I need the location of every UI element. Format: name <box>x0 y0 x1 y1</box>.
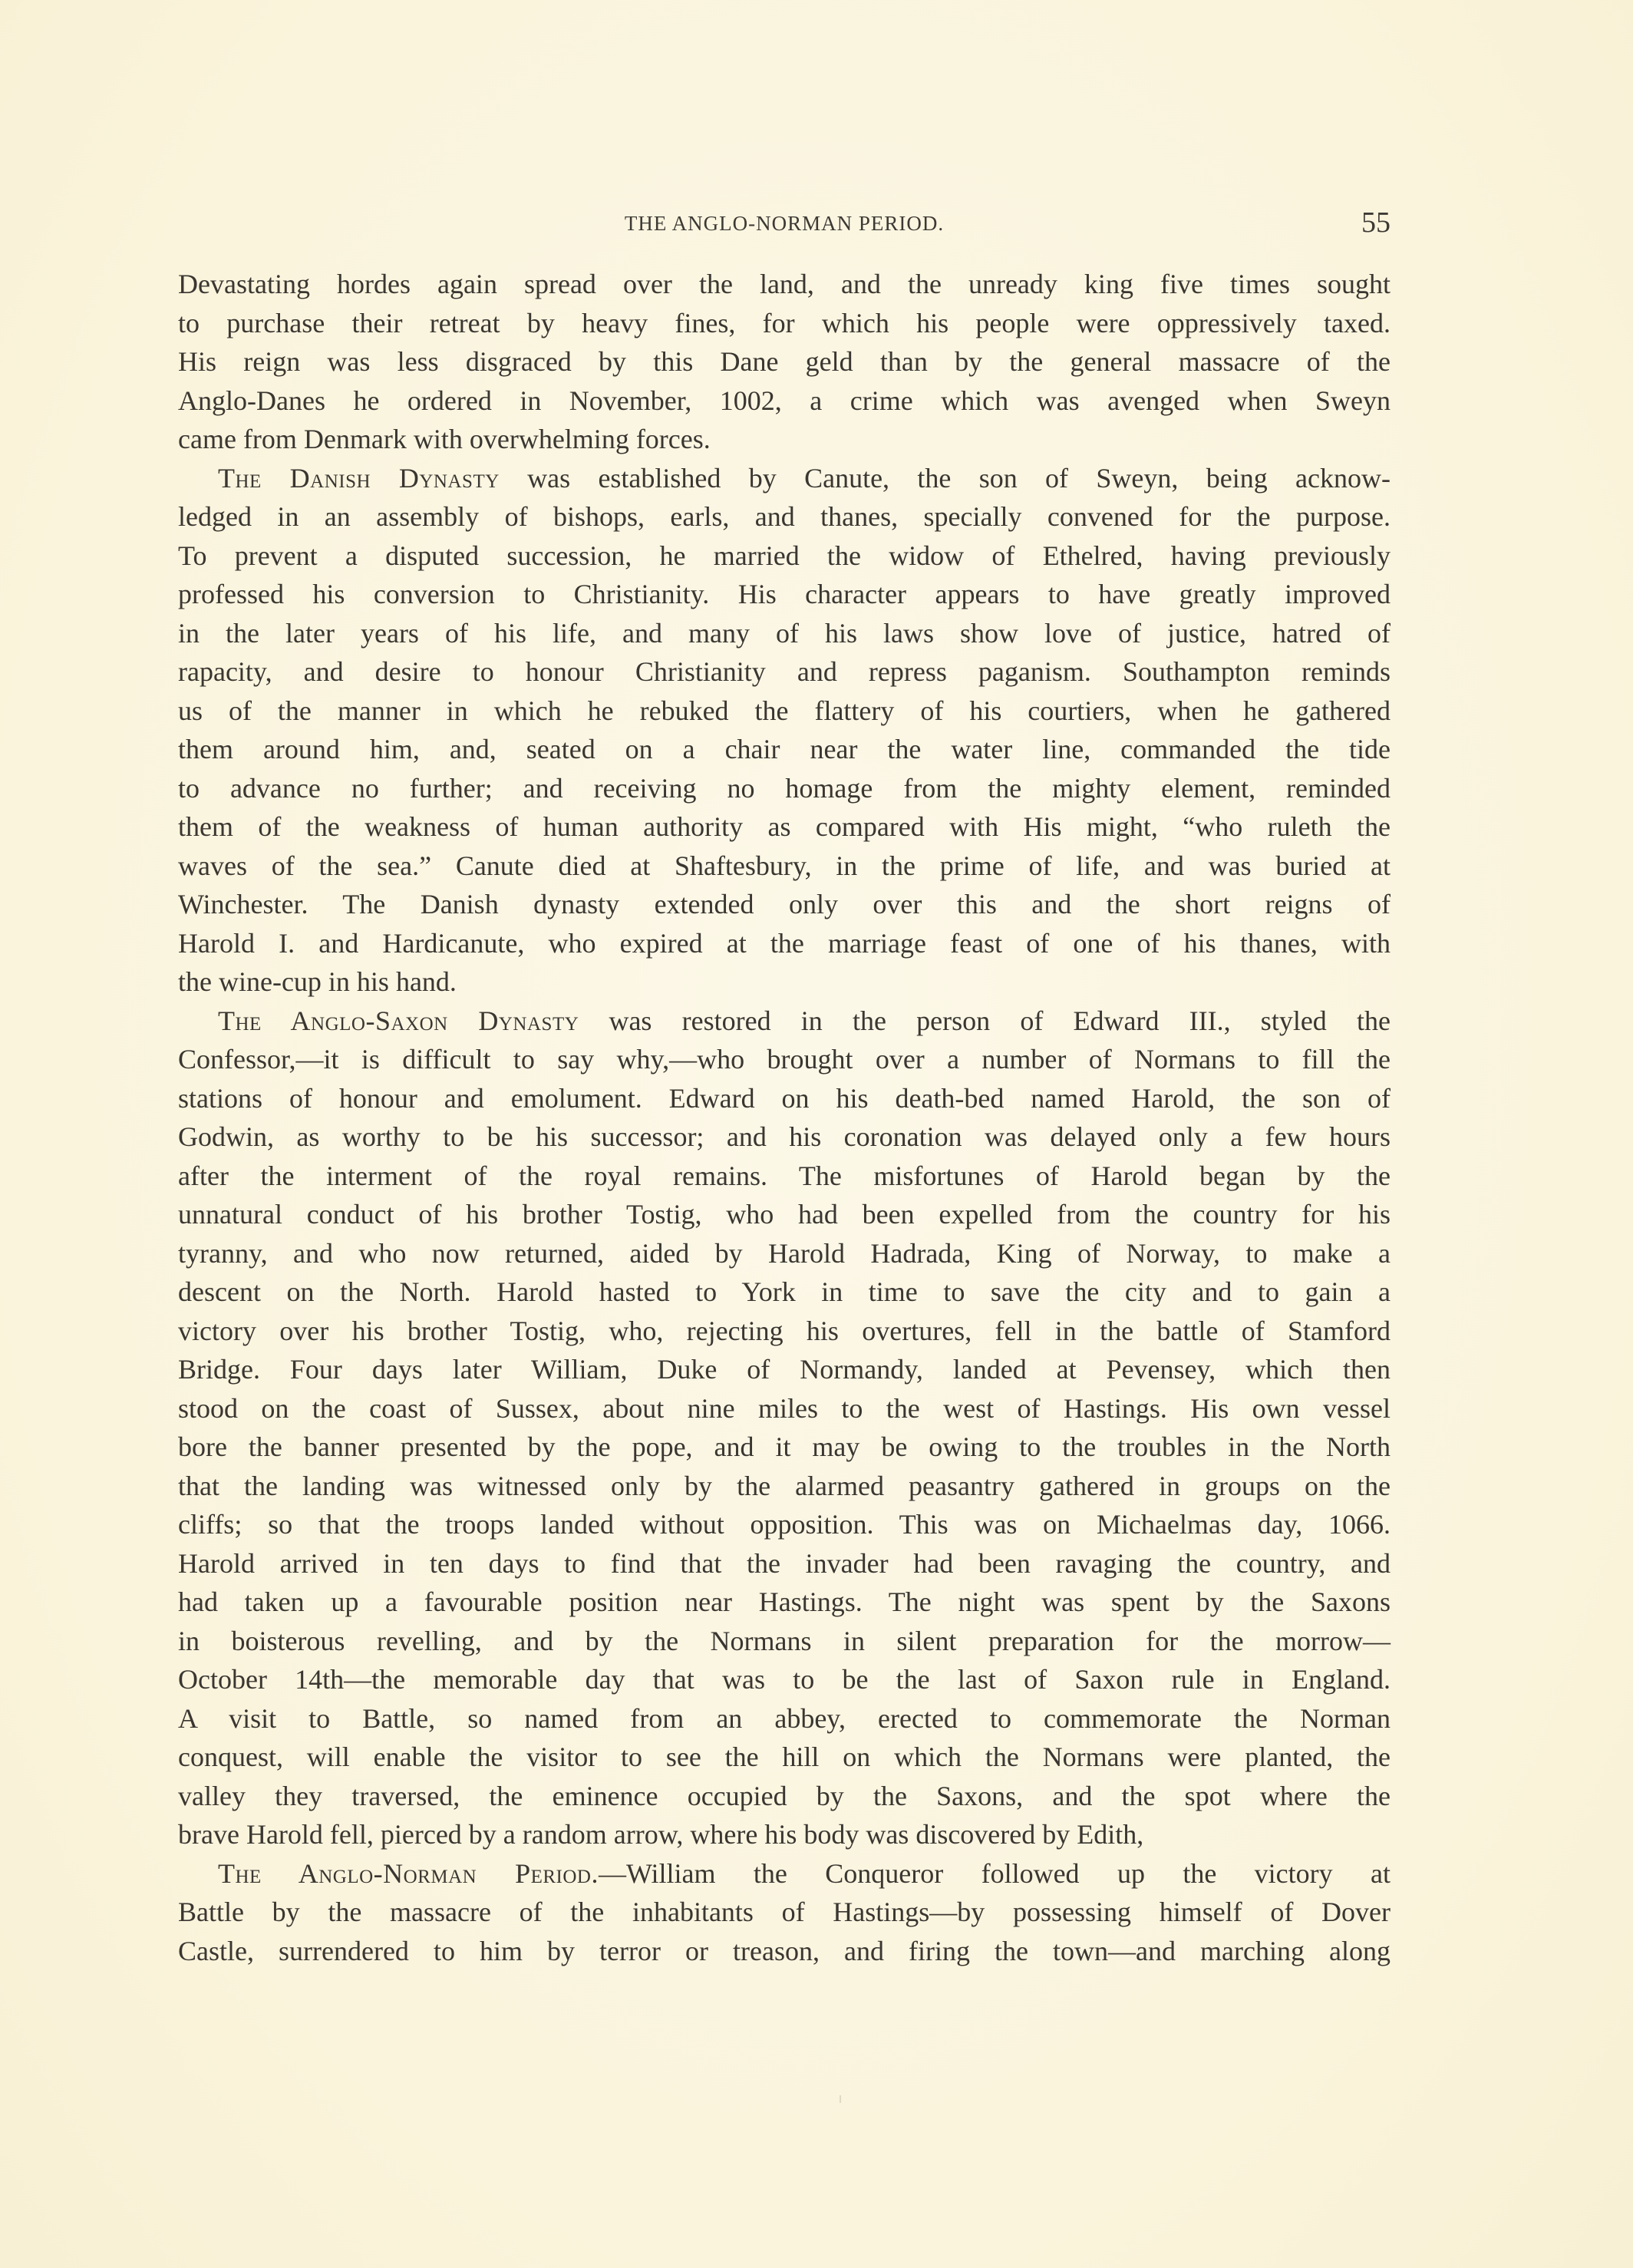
book-page: THE ANGLO-NORMAN PERIOD. 55 Devastating … <box>0 0 1633 2268</box>
text-line: stations of honour and emolument. Edward… <box>178 1079 1391 1118</box>
text-line: Godwin, as worthy to be his successor; a… <box>178 1117 1391 1157</box>
text-line: professed his conversion to Christianity… <box>178 575 1391 614</box>
text-line: The Anglo-Norman Period.—William the Con… <box>178 1854 1391 1893</box>
text-line: waves of the sea.” Canute died at Shafte… <box>178 847 1391 886</box>
text-line: The Danish Dynasty was established by Ca… <box>178 459 1391 498</box>
text-line: descent on the North. Harold hasted to Y… <box>178 1273 1391 1312</box>
text-line: Harold I. and Hardicanute, who expired a… <box>178 924 1391 963</box>
text-line: in the later years of his life, and many… <box>178 614 1391 653</box>
text-line: Battle by the massacre of the inhabitant… <box>178 1893 1391 1932</box>
page-number: 55 <box>1361 206 1391 239</box>
text-line: ledged in an assembly of bishops, earls,… <box>178 497 1391 536</box>
running-head: THE ANGLO-NORMAN PERIOD. 55 <box>178 206 1391 244</box>
section-heading: The Danish Dynasty <box>218 463 500 494</box>
text-run: —William the Conqueror followed up the v… <box>599 1858 1391 1889</box>
text-line: Anglo-Danes he ordered in November, 1002… <box>178 381 1391 421</box>
section-heading: The Anglo-Saxon Dynasty <box>218 1005 579 1036</box>
text-line: that the landing was witnessed only by t… <box>178 1467 1391 1506</box>
text-line: them around him, and, seated on a chair … <box>178 730 1391 769</box>
text-line: after the interment of the royal remains… <box>178 1157 1391 1196</box>
body-text: Devastating hordes again spread over the… <box>178 265 1391 1970</box>
text-line: to advance no further; and receiving no … <box>178 769 1391 808</box>
text-line: Castle, surrendered to him by terror or … <box>178 1932 1391 1971</box>
text-line: A visit to Battle, so named from an abbe… <box>178 1699 1391 1738</box>
text-line: unnatural conduct of his brother Tostig,… <box>178 1195 1391 1234</box>
text-line: Winchester. The Danish dynasty extended … <box>178 885 1391 924</box>
text-line: them of the weakness of human authority … <box>178 807 1391 847</box>
section-heading: The Anglo-Norman Period. <box>218 1858 599 1889</box>
running-title: THE ANGLO-NORMAN PERIOD. <box>178 212 1391 236</box>
text-line: to purchase their retreat by heavy fines… <box>178 304 1391 343</box>
paper-speck <box>840 2095 841 2103</box>
text-line: Harold arrived in ten days to find that … <box>178 1544 1391 1583</box>
text-line: Devastating hordes again spread over the… <box>178 265 1391 304</box>
paragraph-anglo-saxon-dynasty: The Anglo-Saxon Dynasty was restored in … <box>178 1002 1391 1854</box>
paragraph-1: Devastating hordes again spread over the… <box>178 265 1391 459</box>
text-line: The Anglo-Saxon Dynasty was restored in … <box>178 1002 1391 1041</box>
text-line: His reign was less disgraced by this Dan… <box>178 342 1391 381</box>
text-line: stood on the coast of Sussex, about nine… <box>178 1389 1391 1428</box>
text-line: came from Denmark with overwhelming forc… <box>178 420 1391 459</box>
text-run: was restored in the person of Edward III… <box>579 1005 1391 1036</box>
text-run: was established by Canute, the son of Sw… <box>500 463 1391 494</box>
text-line: October 14th—the memorable day that was … <box>178 1660 1391 1699</box>
text-line: tyranny, and who now returned, aided by … <box>178 1234 1391 1273</box>
text-line: To prevent a disputed succession, he mar… <box>178 536 1391 576</box>
text-line: conquest, will enable the visitor to see… <box>178 1738 1391 1777</box>
paragraph-anglo-norman-period: The Anglo-Norman Period.—William the Con… <box>178 1854 1391 1971</box>
paragraph-danish-dynasty: The Danish Dynasty was established by Ca… <box>178 459 1391 1002</box>
text-line: had taken up a favourable position near … <box>178 1583 1391 1622</box>
text-line: brave Harold fell, pierced by a random a… <box>178 1815 1391 1854</box>
text-line: Confessor,—it is difficult to say why,—w… <box>178 1040 1391 1079</box>
text-line: the wine-cup in his hand. <box>178 962 1391 1002</box>
text-line: bore the banner presented by the pope, a… <box>178 1428 1391 1467</box>
text-line: us of the manner in which he rebuked the… <box>178 692 1391 731</box>
text-line: victory over his brother Tostig, who, re… <box>178 1312 1391 1351</box>
text-line: cliffs; so that the troops landed withou… <box>178 1505 1391 1544</box>
text-line: Bridge. Four days later William, Duke of… <box>178 1350 1391 1389</box>
text-line: rapacity, and desire to honour Christian… <box>178 652 1391 692</box>
text-line: in boisterous revelling, and by the Norm… <box>178 1622 1391 1661</box>
text-line: valley they traversed, the eminence occu… <box>178 1777 1391 1816</box>
